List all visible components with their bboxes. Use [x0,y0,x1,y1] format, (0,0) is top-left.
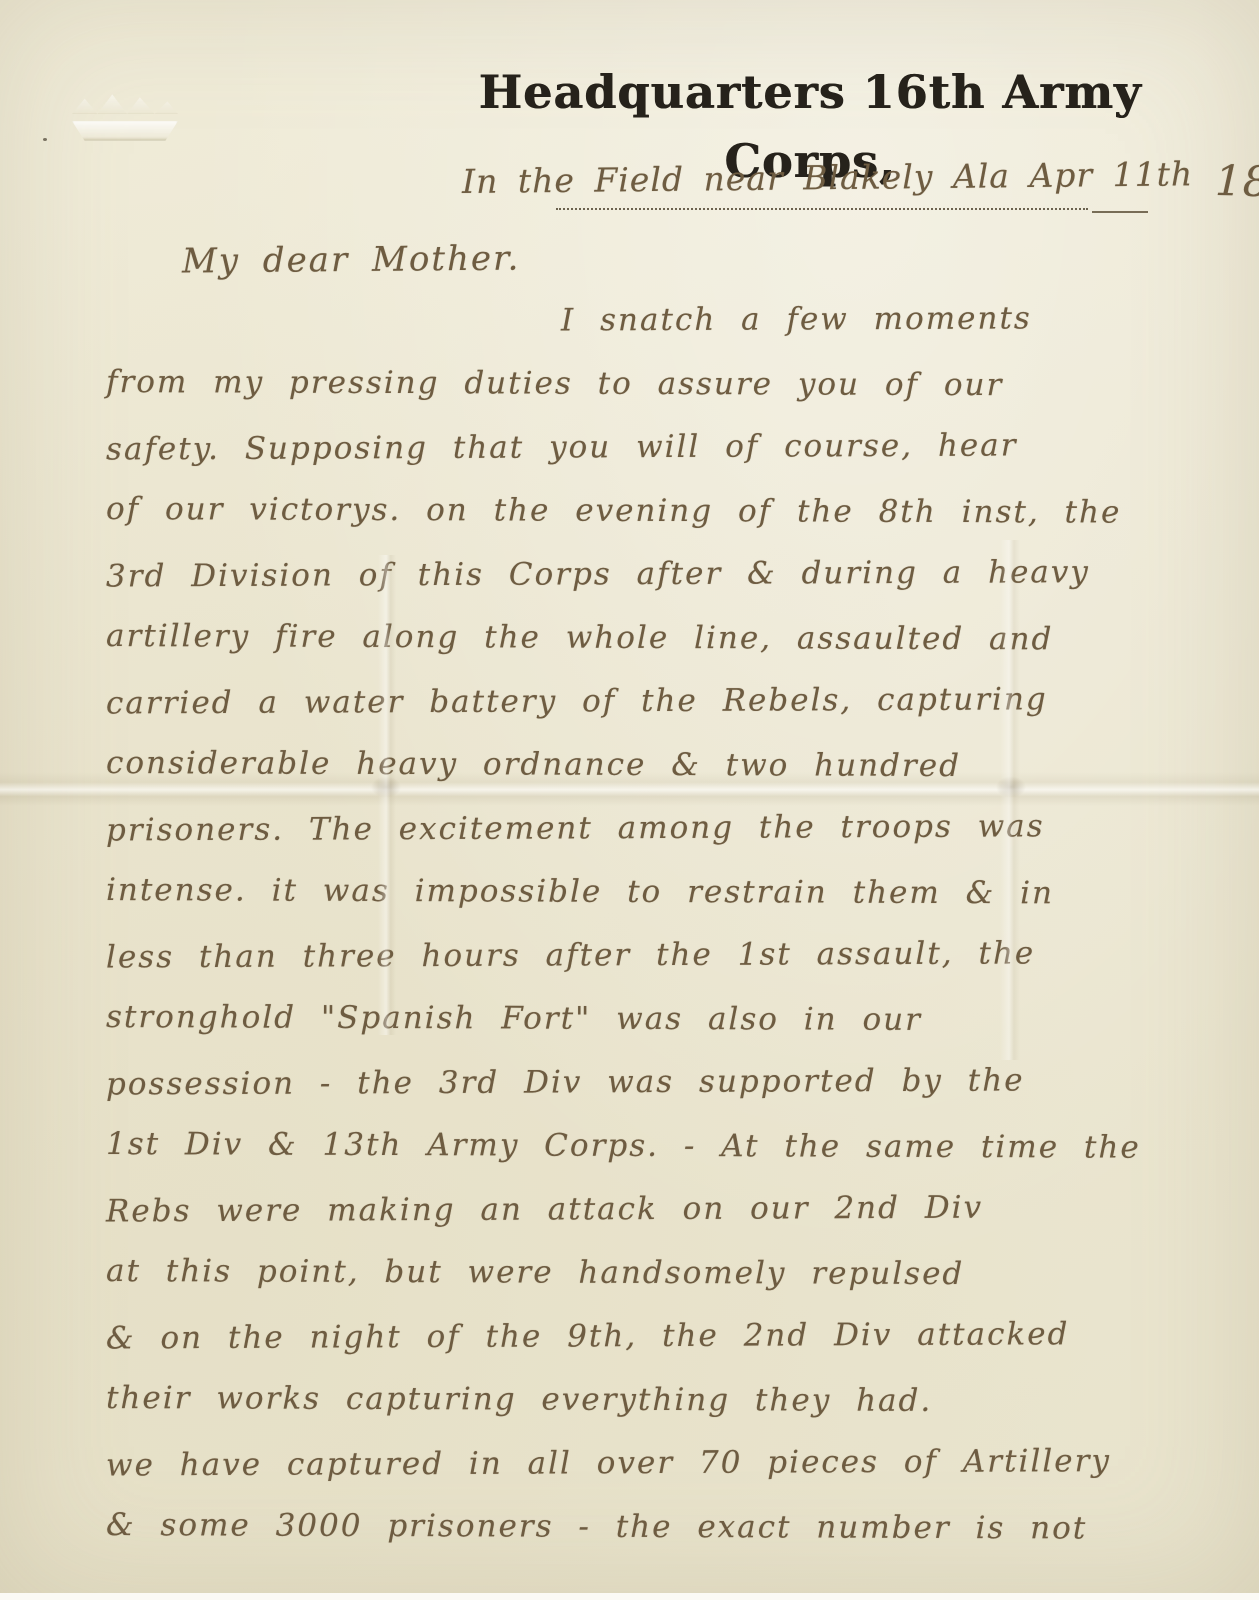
scan-bottom-edge [0,1593,1259,1600]
letter-line: I snatch a few moments [106,302,1229,339]
dateline-underline [1092,211,1148,213]
letter-line: 1st Div & 13th Army Corps. - At the same… [106,1128,1229,1164]
letter-line: at this point, but were handsomely repul… [106,1255,1229,1291]
salutation: My dear Mother. [182,239,521,282]
dateline-year: 1865. [1214,156,1259,208]
seal-plaque [72,121,178,141]
letter-line: & some 3000 prisoners - the exact number… [106,1509,1229,1545]
letter-line: stronghold "Spanish Fort" was also in ou… [106,1001,1229,1037]
letter-line: their works capturing everything they ha… [106,1382,1229,1418]
dateline-dotted-rule [556,208,1088,210]
letter-line: & on the night of the 9th, the 2nd Div a… [106,1318,1229,1355]
seal-ornament-top [72,86,178,114]
letter-line: we have captured in all over 70 pieces o… [106,1445,1229,1482]
letter-line: considerable heavy ordnance & two hundre… [106,747,1229,783]
letter-line: less than three hours after the 1st assa… [106,937,1229,974]
letter-line: Rebs were making an attack on our 2nd Di… [106,1191,1229,1228]
letter-line: prisoners. The excitement among the troo… [106,810,1229,847]
letter-body: I snatch a few moments from my pressing … [106,304,1229,1574]
letter-line: possession - the 3rd Div was supported b… [106,1064,1229,1101]
dateline-text: In the Field near Blakely Ala Apr 11th [462,154,1194,201]
letter-line: of our victorys. on the evening of the 8… [106,493,1229,529]
embossed-stationery-seal-icon [72,86,178,148]
letter-line: intense. it was impossible to restrain t… [106,874,1229,910]
letter-line: carried a water battery of the Rebels, c… [106,683,1229,720]
letter-scan-page: Headquarters 16th Army Corps, In the Fie… [0,0,1259,1600]
letter-line: from my pressing duties to assure you of… [106,366,1229,402]
letter-line: safety. Supposing that you will of cours… [106,429,1229,466]
paper-speck [43,138,47,141]
letter-line: 3rd Division of this Corps after & durin… [106,556,1229,593]
letter-line: artillery fire along the whole line, ass… [106,620,1229,656]
dateline: In the Field near Blakely Ala Apr 11th 1… [462,146,1222,203]
